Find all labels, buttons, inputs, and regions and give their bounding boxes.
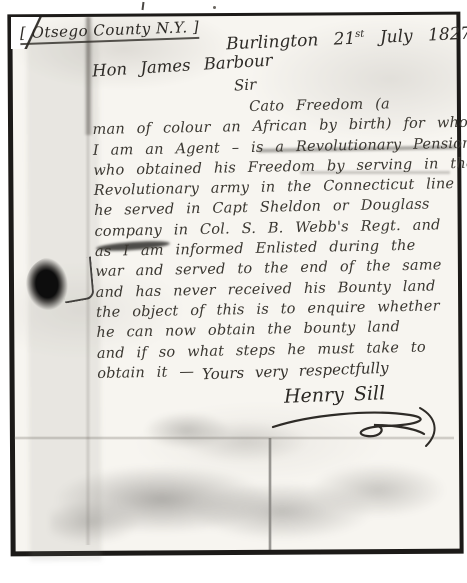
signature-flourish xyxy=(270,404,445,450)
paper-stain-bottom xyxy=(50,458,450,550)
salutation: Sir xyxy=(234,75,257,94)
dust-speck xyxy=(213,6,216,9)
dateline-day: 21 xyxy=(333,29,355,50)
dateline-day-suffix: st xyxy=(355,29,365,40)
dateline-month-year: July 1827 xyxy=(379,24,467,48)
ink-blot-outline xyxy=(61,256,94,303)
scanned-letter-page: [ Otsego County N.Y. ] Burlington 21st J… xyxy=(0,0,467,583)
dust-mark xyxy=(142,2,145,10)
letter-body: Cato Freedom (a man of colour an African… xyxy=(92,93,467,384)
